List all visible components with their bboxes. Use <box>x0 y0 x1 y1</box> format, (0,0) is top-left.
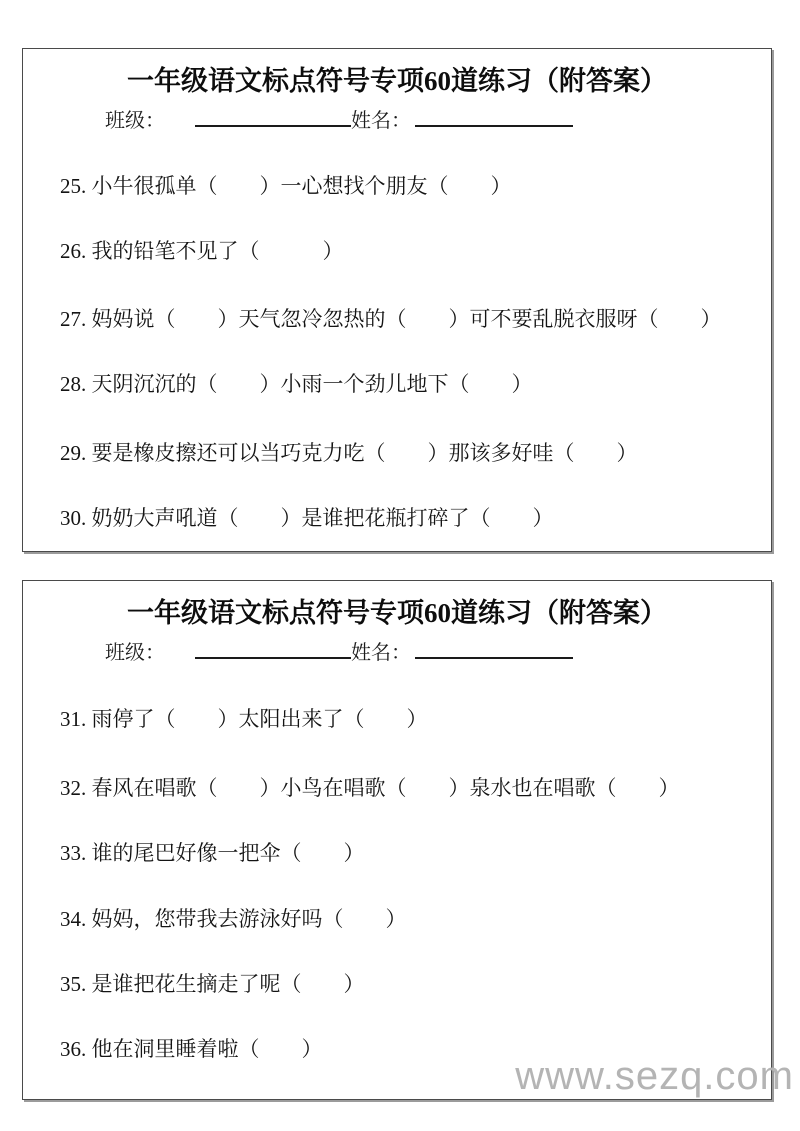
name-label: 姓名： <box>351 642 411 664</box>
question-item: 36. 他在洞里睡着啦（ ） <box>60 1036 323 1062</box>
question-item: 29. 要是橡皮擦还可以当巧克力吃（ ）那该多好哇（ ） <box>60 440 638 466</box>
question-item: 26. 我的铅笔不见了（ ） <box>60 238 344 264</box>
name-label: 姓名： <box>351 110 411 132</box>
class-blank-line <box>195 105 351 127</box>
worksheet-card: 一年级语文标点符号专项60道练习（附答案） 班级：姓名： 31. 雨停了（ ）太… <box>22 580 772 1100</box>
class-blank-line <box>195 637 351 659</box>
student-info-line: 班级：姓名： <box>105 637 573 665</box>
question-item: 28. 天阴沉沉的（ ）小雨一个劲儿地下（ ） <box>60 371 533 397</box>
question-item: 35. 是谁把花生摘走了呢（ ） <box>60 971 365 997</box>
watermark-text: www.sezq.com <box>515 1055 794 1097</box>
class-label: 班级： <box>105 110 165 132</box>
worksheet-card: 一年级语文标点符号专项60道练习（附答案） 班级：姓名： 25. 小牛很孤单（ … <box>22 48 772 552</box>
question-item: 25. 小牛很孤单（ ）一心想找个朋友（ ） <box>60 173 512 199</box>
question-item: 30. 奶奶大声吼道（ ）是谁把花瓶打碎了（ ） <box>60 505 554 531</box>
page-title: 一年级语文标点符号专项60道练习（附答案） <box>33 596 761 630</box>
class-label: 班级： <box>105 642 165 664</box>
question-item: 27. 妈妈说（ ）天气忽冷忽热的（ ）可不要乱脱衣服呀（ ） <box>60 306 722 332</box>
name-blank-line <box>415 105 573 127</box>
question-item: 34. 妈妈，您带我去游泳好吗（ ） <box>60 906 407 932</box>
question-item: 33. 谁的尾巴好像一把伞（ ） <box>60 840 365 866</box>
question-item: 31. 雨停了（ ）太阳出来了（ ） <box>60 706 428 732</box>
page-title: 一年级语文标点符号专项60道练习（附答案） <box>33 64 761 98</box>
student-info-line: 班级：姓名： <box>105 105 573 133</box>
name-blank-line <box>415 637 573 659</box>
worksheet-page: { "watermark": { "text": "www.sezq.com" … <box>0 0 800 1131</box>
question-item: 32. 春风在唱歌（ ）小鸟在唱歌（ ）泉水也在唱歌（ ） <box>60 775 680 801</box>
